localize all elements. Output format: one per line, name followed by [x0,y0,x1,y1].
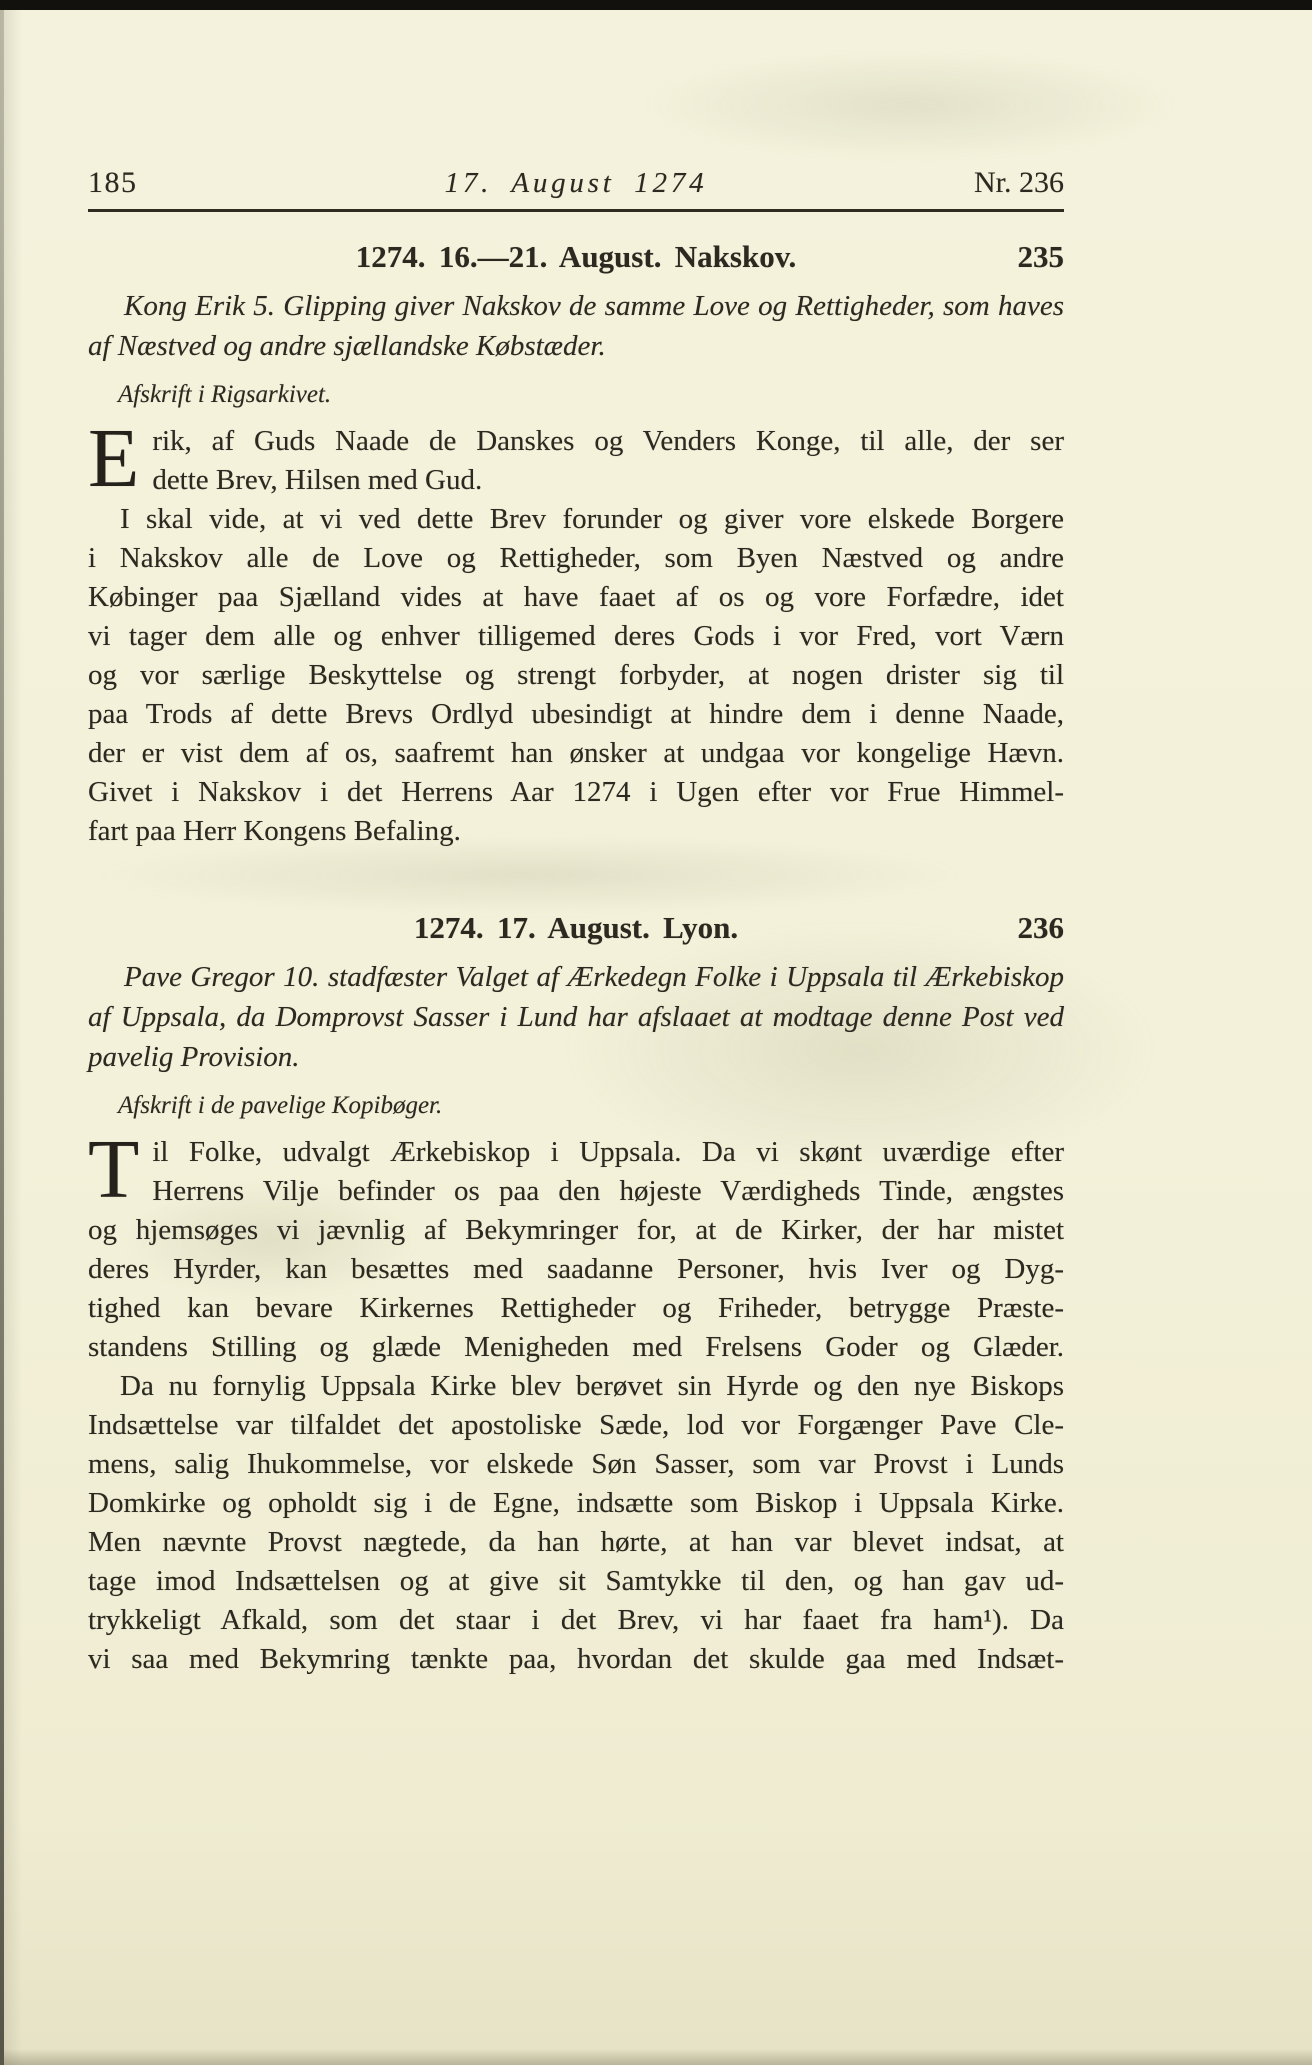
entry-heading: 1274. 16.—21. August. Nakskov. 235 [88,238,1064,276]
body-line: Herrens Vilje befinder os paa den højest… [88,1172,1064,1211]
entry-body: Til Folke, udvalgt Ærkebiskop i Uppsala.… [88,1133,1064,1679]
body-line: dette Brev, Hilsen med Gud. [88,461,1064,500]
entry-margin-number: 235 [1018,238,1065,276]
body-line: fart paa Herr Kongens Befaling. [88,812,1064,851]
body-line: Men nævnte Provst nægtede, da han hørte,… [88,1523,1064,1562]
body-line: rik, af Guds Naade de Danskes og Venders… [88,422,1064,461]
page-header: 185 17. August 1274 Nr. 236 [88,166,1064,212]
page-number: 185 [88,166,258,200]
scan-edge-left [0,10,4,2065]
body-line: I skal vide, at vi ved dette Brev forund… [88,500,1064,539]
body-line: Givet i Nakskov i det Herrens Aar 1274 i… [88,773,1064,812]
entry-heading-text: 1274. 16.—21. August. Nakskov. [356,239,797,274]
body-line: paa Trods af dette Brevs Ordlyd ubesindi… [88,695,1064,734]
diploma-entry: 1274. 17. August. Lyon. 236 Pave Gregor … [88,909,1064,1679]
running-title: 17. August 1274 [258,166,894,200]
body-line: og hjemsøges vi jævnlig af Bekymringer f… [88,1211,1064,1250]
dropcap-initial: E [88,424,139,498]
diploma-entry: 1274. 16.—21. August. Nakskov. 235 Kong … [88,238,1064,851]
body-line: der er vist dem af os, saafremt han ønsk… [88,734,1064,773]
body-line: deres Hyrder, kan besættes med saadanne … [88,1250,1064,1289]
body-paragraph: Til Folke, udvalgt Ærkebiskop i Uppsala.… [88,1133,1064,1367]
header-number-label: Nr. 236 [894,166,1064,200]
summary-line: Pave Gregor 10. stadfæster Valget af Ærk… [88,957,1064,997]
body-line: og vor særlige Beskyttelse og strengt fo… [88,656,1064,695]
body-line: Domkirke og opholdt sig i de Egne, indsæ… [88,1484,1064,1523]
entry-source: Afskrift i de pavelige Kopibøger. [88,1091,1064,1121]
body-paragraph: I skal vide, at vi ved dette Brev forund… [88,500,1064,851]
entry-heading: 1274. 17. August. Lyon. 236 [88,909,1064,947]
summary-line: pavelig Provision. [88,1037,1064,1077]
body-line: tighed kan bevare Kirkernes Rettigheder … [88,1289,1064,1328]
entry-heading-text: 1274. 17. August. Lyon. [414,910,738,945]
body-line: standens Stilling og glæde Menigheden me… [88,1328,1064,1367]
body-paragraph: Da nu fornylig Uppsala Kirke blev berøve… [88,1367,1064,1679]
text-block: 185 17. August 1274 Nr. 236 1274. 16.—21… [88,0,1064,1679]
scan-edge-bottom [0,2049,1312,2065]
body-line: tage imod Indsættelsen og at give sit Sa… [88,1562,1064,1601]
entry-summary: Pave Gregor 10. stadfæster Valget af Ærk… [88,957,1064,1077]
summary-line: Kong Erik 5. Glipping giver Nakskov de s… [88,286,1064,326]
body-line: Da nu fornylig Uppsala Kirke blev berøve… [88,1367,1064,1406]
entry-body: Erik, af Guds Naade de Danskes og Vender… [88,422,1064,851]
scanned-book-page: 185 17. August 1274 Nr. 236 1274. 16.—21… [0,0,1312,2065]
body-line: vi tager dem alle og enhver tilligemed d… [88,617,1064,656]
body-line: mens, salig Ihukommelse, vor elskede Søn… [88,1445,1064,1484]
body-line: il Folke, udvalgt Ærkebiskop i Uppsala. … [88,1133,1064,1172]
body-line: Købinger paa Sjælland vides at have faae… [88,578,1064,617]
body-line: vi saa med Bekymring tænkte paa, hvordan… [88,1640,1064,1679]
entry-margin-number: 236 [1018,909,1065,947]
summary-line: af Uppsala, da Domprovst Sasser i Lund h… [88,997,1064,1037]
dropcap-initial: T [88,1135,139,1209]
entry-summary: Kong Erik 5. Glipping giver Nakskov de s… [88,286,1064,366]
summary-line: af Næstved og andre sjællandske Købstæde… [88,326,1064,366]
body-line: i Nakskov alle de Love og Rettigheder, s… [88,539,1064,578]
entry-source: Afskrift i Rigsarkivet. [88,380,1064,410]
entries: 1274. 16.—21. August. Nakskov. 235 Kong … [88,238,1064,1679]
body-line: trykkeligt Afkald, som det staar i det B… [88,1601,1064,1640]
body-paragraph: Erik, af Guds Naade de Danskes og Vender… [88,422,1064,500]
body-line: Indsættelse var tilfaldet det apostolisk… [88,1406,1064,1445]
